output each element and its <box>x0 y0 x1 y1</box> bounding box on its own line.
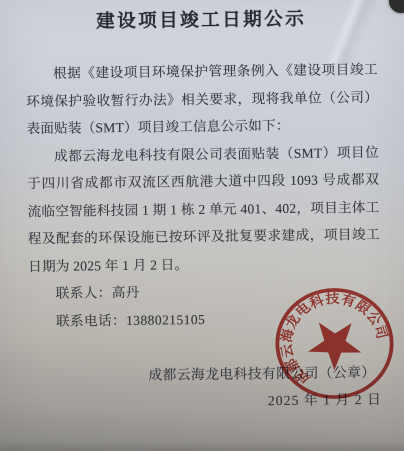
seal-star-icon <box>297 308 369 375</box>
document-title: 建设项目竣工日期公示 <box>25 8 377 34</box>
document-photo: 建设项目竣工日期公示 根据《建设项目环境保护管理条例入《建设项目竣工环境保护验收… <box>0 0 404 451</box>
paragraph-legal-basis: 根据《建设项目环境保护管理条例入《建设项目竣工环境保护验收暂行办法》相关要求，现… <box>26 56 379 143</box>
company-seal-icon: 成都云海龙电科技有限公司 <box>271 284 398 403</box>
photo-bottom-edge <box>0 441 404 451</box>
paragraph-project-info: 成都云海龙电科技有限公司表面贴装（SMT）项目位于四川省成都市双流区西航港大道中… <box>27 138 381 280</box>
